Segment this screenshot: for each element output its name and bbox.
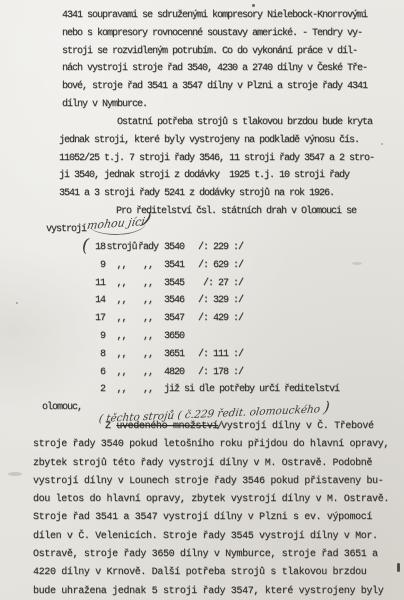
engine-count: 2 bbox=[88, 381, 105, 399]
series-number: 3545 bbox=[158, 275, 190, 293]
typed-line: bové, stroje řad 3541 a 3547 dílny v Plz… bbox=[62, 78, 367, 96]
typed-line: ji 3540, jednak stroji z dodávky 1925 t.… bbox=[59, 167, 374, 185]
engine-count: 8 bbox=[88, 346, 105, 364]
series-note: /: 629 :/ bbox=[190, 260, 243, 271]
series-number: 3541 bbox=[158, 257, 190, 275]
series-number: 3650 bbox=[158, 328, 190, 346]
engine-list-row: 14,,,,3546/: 329 :/ bbox=[88, 292, 347, 310]
engine-count: 14 bbox=[88, 292, 105, 310]
typed-line: bude uhražena jednak 5 stroji řady 3547,… bbox=[33, 583, 389, 600]
typed-line-with-strikethrough: Z uvedeného množství∕vystrojí dílny v Č.… bbox=[33, 417, 389, 436]
series-note bbox=[339, 384, 347, 395]
paper-smudge bbox=[8, 472, 22, 476]
series-note: /: 178 :/ bbox=[190, 367, 243, 378]
typed-line: dílny v Nymburce. bbox=[62, 96, 367, 114]
series-note: /: 229 :/ bbox=[190, 242, 243, 253]
ditto-col2: ,, bbox=[138, 346, 158, 364]
engine-list-row: 8,,,,3651/: 111 :/ bbox=[88, 346, 347, 364]
paper-speck bbox=[381, 143, 383, 145]
ditto-col2: ,, bbox=[138, 257, 158, 275]
engine-list-row: 2,,,,již si dle potřeby určí ředitelství bbox=[88, 381, 347, 399]
ditto-col1: ,, bbox=[105, 381, 138, 399]
ditto-col2: ,, bbox=[138, 364, 158, 382]
engine-count: 18 bbox=[88, 239, 105, 257]
engine-list-row: 9,,,,3541/: 629 :/ bbox=[88, 257, 347, 275]
engine-list-row: 17,,,,3547/: 429 :/ bbox=[88, 310, 347, 328]
typed-line: 3541 a 3 stroji řady 5241 z dodávky stro… bbox=[59, 185, 374, 203]
series-number: 4820 bbox=[158, 364, 190, 382]
typed-line: 4341 soupravami se sdruženými kompresory… bbox=[62, 7, 367, 25]
typed-line: Ostatní potřeba strojů s tlakovou brzdou… bbox=[59, 114, 374, 132]
typed-line: dílen v Č. Velenicích. Stroje řady 3545 … bbox=[33, 528, 389, 546]
strikethrough-text: uvedeného množství bbox=[116, 421, 218, 432]
ditto-col1: strojů bbox=[105, 239, 138, 257]
paper-speck bbox=[16, 302, 18, 304]
handwriting-flourish-stroke: ) bbox=[323, 398, 331, 416]
paper-speck bbox=[252, 4, 255, 7]
engine-count: 6 bbox=[88, 364, 105, 382]
series-number: 3546 bbox=[158, 292, 190, 310]
scanned-document-page: 4341 soupravami se sdruženými kompresory… bbox=[0, 0, 404, 600]
paragraph-compressors: 4341 soupravami se sdruženými kompresory… bbox=[62, 7, 367, 114]
engine-list-row: 9,,,,3650 bbox=[88, 328, 347, 346]
engine-count: 11 bbox=[88, 275, 105, 293]
typed-line: stroji se rozvidleným potrubím. Co do vy… bbox=[62, 43, 367, 61]
ditto-col2: ,, bbox=[138, 381, 158, 399]
series-number: 3651 bbox=[158, 346, 190, 364]
ditto-col1: ,, bbox=[105, 310, 138, 328]
ditto-col1: ,, bbox=[105, 328, 138, 346]
engine-list-row: 6,,,,4820/: 178 :/ bbox=[88, 364, 347, 382]
series-note: /: 329 :/ bbox=[190, 295, 243, 306]
typed-line: 11052/25 t.j. 7 stroji řady 3546, 11 str… bbox=[59, 150, 374, 168]
typed-line: Stroje řad 3541 a 3547 vystrojí dílny v … bbox=[33, 509, 389, 527]
ditto-col1: ,, bbox=[105, 346, 138, 364]
engine-list-row: 18strojůřady3540/: 229 :/ bbox=[88, 239, 347, 257]
ditto-col2: ,, bbox=[138, 328, 158, 346]
series-number: již si dle potřeby určí ředitelství bbox=[158, 381, 339, 399]
engine-count: 9 bbox=[88, 328, 105, 346]
ditto-col1: ,, bbox=[105, 364, 138, 382]
engine-count: 9 bbox=[88, 257, 105, 275]
paper-smudge bbox=[352, 262, 362, 265]
typed-line: Ostravě, stroje řady 3650 dílny v Nymbur… bbox=[33, 546, 389, 564]
engine-list-row: 11,,,,3545 /: 27 :/ bbox=[88, 275, 347, 293]
typed-line: jednak stroji, které byly vystrojeny na … bbox=[59, 132, 374, 150]
line-suffix: vystrojí dílny v Č. Třebové bbox=[221, 421, 374, 432]
typed-line: vystrojí dílny v Lounech stroje řady 354… bbox=[33, 473, 389, 491]
typed-line: 4220 dílny v Krnově. Další potřeba stroj… bbox=[33, 564, 389, 582]
paragraph-brake-need: Ostatní potřeba strojů s tlakovou brzdou… bbox=[59, 114, 374, 203]
series-number: 3547 bbox=[158, 310, 190, 328]
ditto-col2: ,, bbox=[138, 275, 158, 293]
engine-list: 18strojůřady3540/: 229 :/ 9,,,,3541/: 62… bbox=[88, 239, 347, 399]
typed-line: dou letos do hlavní opravy, zbytek vystr… bbox=[33, 491, 389, 509]
typed-line: nách vystroji stroje řad 3540, 4230 a 27… bbox=[62, 60, 367, 78]
olomouc-line: olomouc, bbox=[42, 399, 82, 417]
series-note: /: 27 :/ bbox=[190, 278, 243, 289]
typed-line: zbytek strojů této řady vystrojí dílny v… bbox=[33, 455, 389, 473]
typed-line: nebo s kompresory rovnocenné soustavy am… bbox=[62, 25, 367, 43]
ditto-col2: ,, bbox=[138, 292, 158, 310]
engine-count: 17 bbox=[88, 310, 105, 328]
ditto-col2: řady bbox=[138, 239, 158, 257]
ditto-col2: ,, bbox=[138, 310, 158, 328]
series-note: /: 111 :/ bbox=[190, 349, 243, 360]
typed-line: stroje řady 3540 pokud letošního roku př… bbox=[33, 436, 389, 454]
ditto-col1: ,, bbox=[105, 257, 138, 275]
series-number: 3540 bbox=[158, 239, 190, 257]
paper-speck bbox=[397, 563, 400, 572]
series-note: /: 429 :/ bbox=[190, 313, 243, 324]
series-note bbox=[190, 331, 198, 342]
line-prefix: Z bbox=[105, 421, 116, 432]
paragraph-workshop-allocation: Z uvedeného množství∕vystrojí dílny v Č.… bbox=[33, 417, 389, 600]
ditto-col1: ,, bbox=[105, 292, 138, 310]
ditto-col1: ,, bbox=[105, 275, 138, 293]
typed-line: olomouc, bbox=[42, 399, 82, 417]
